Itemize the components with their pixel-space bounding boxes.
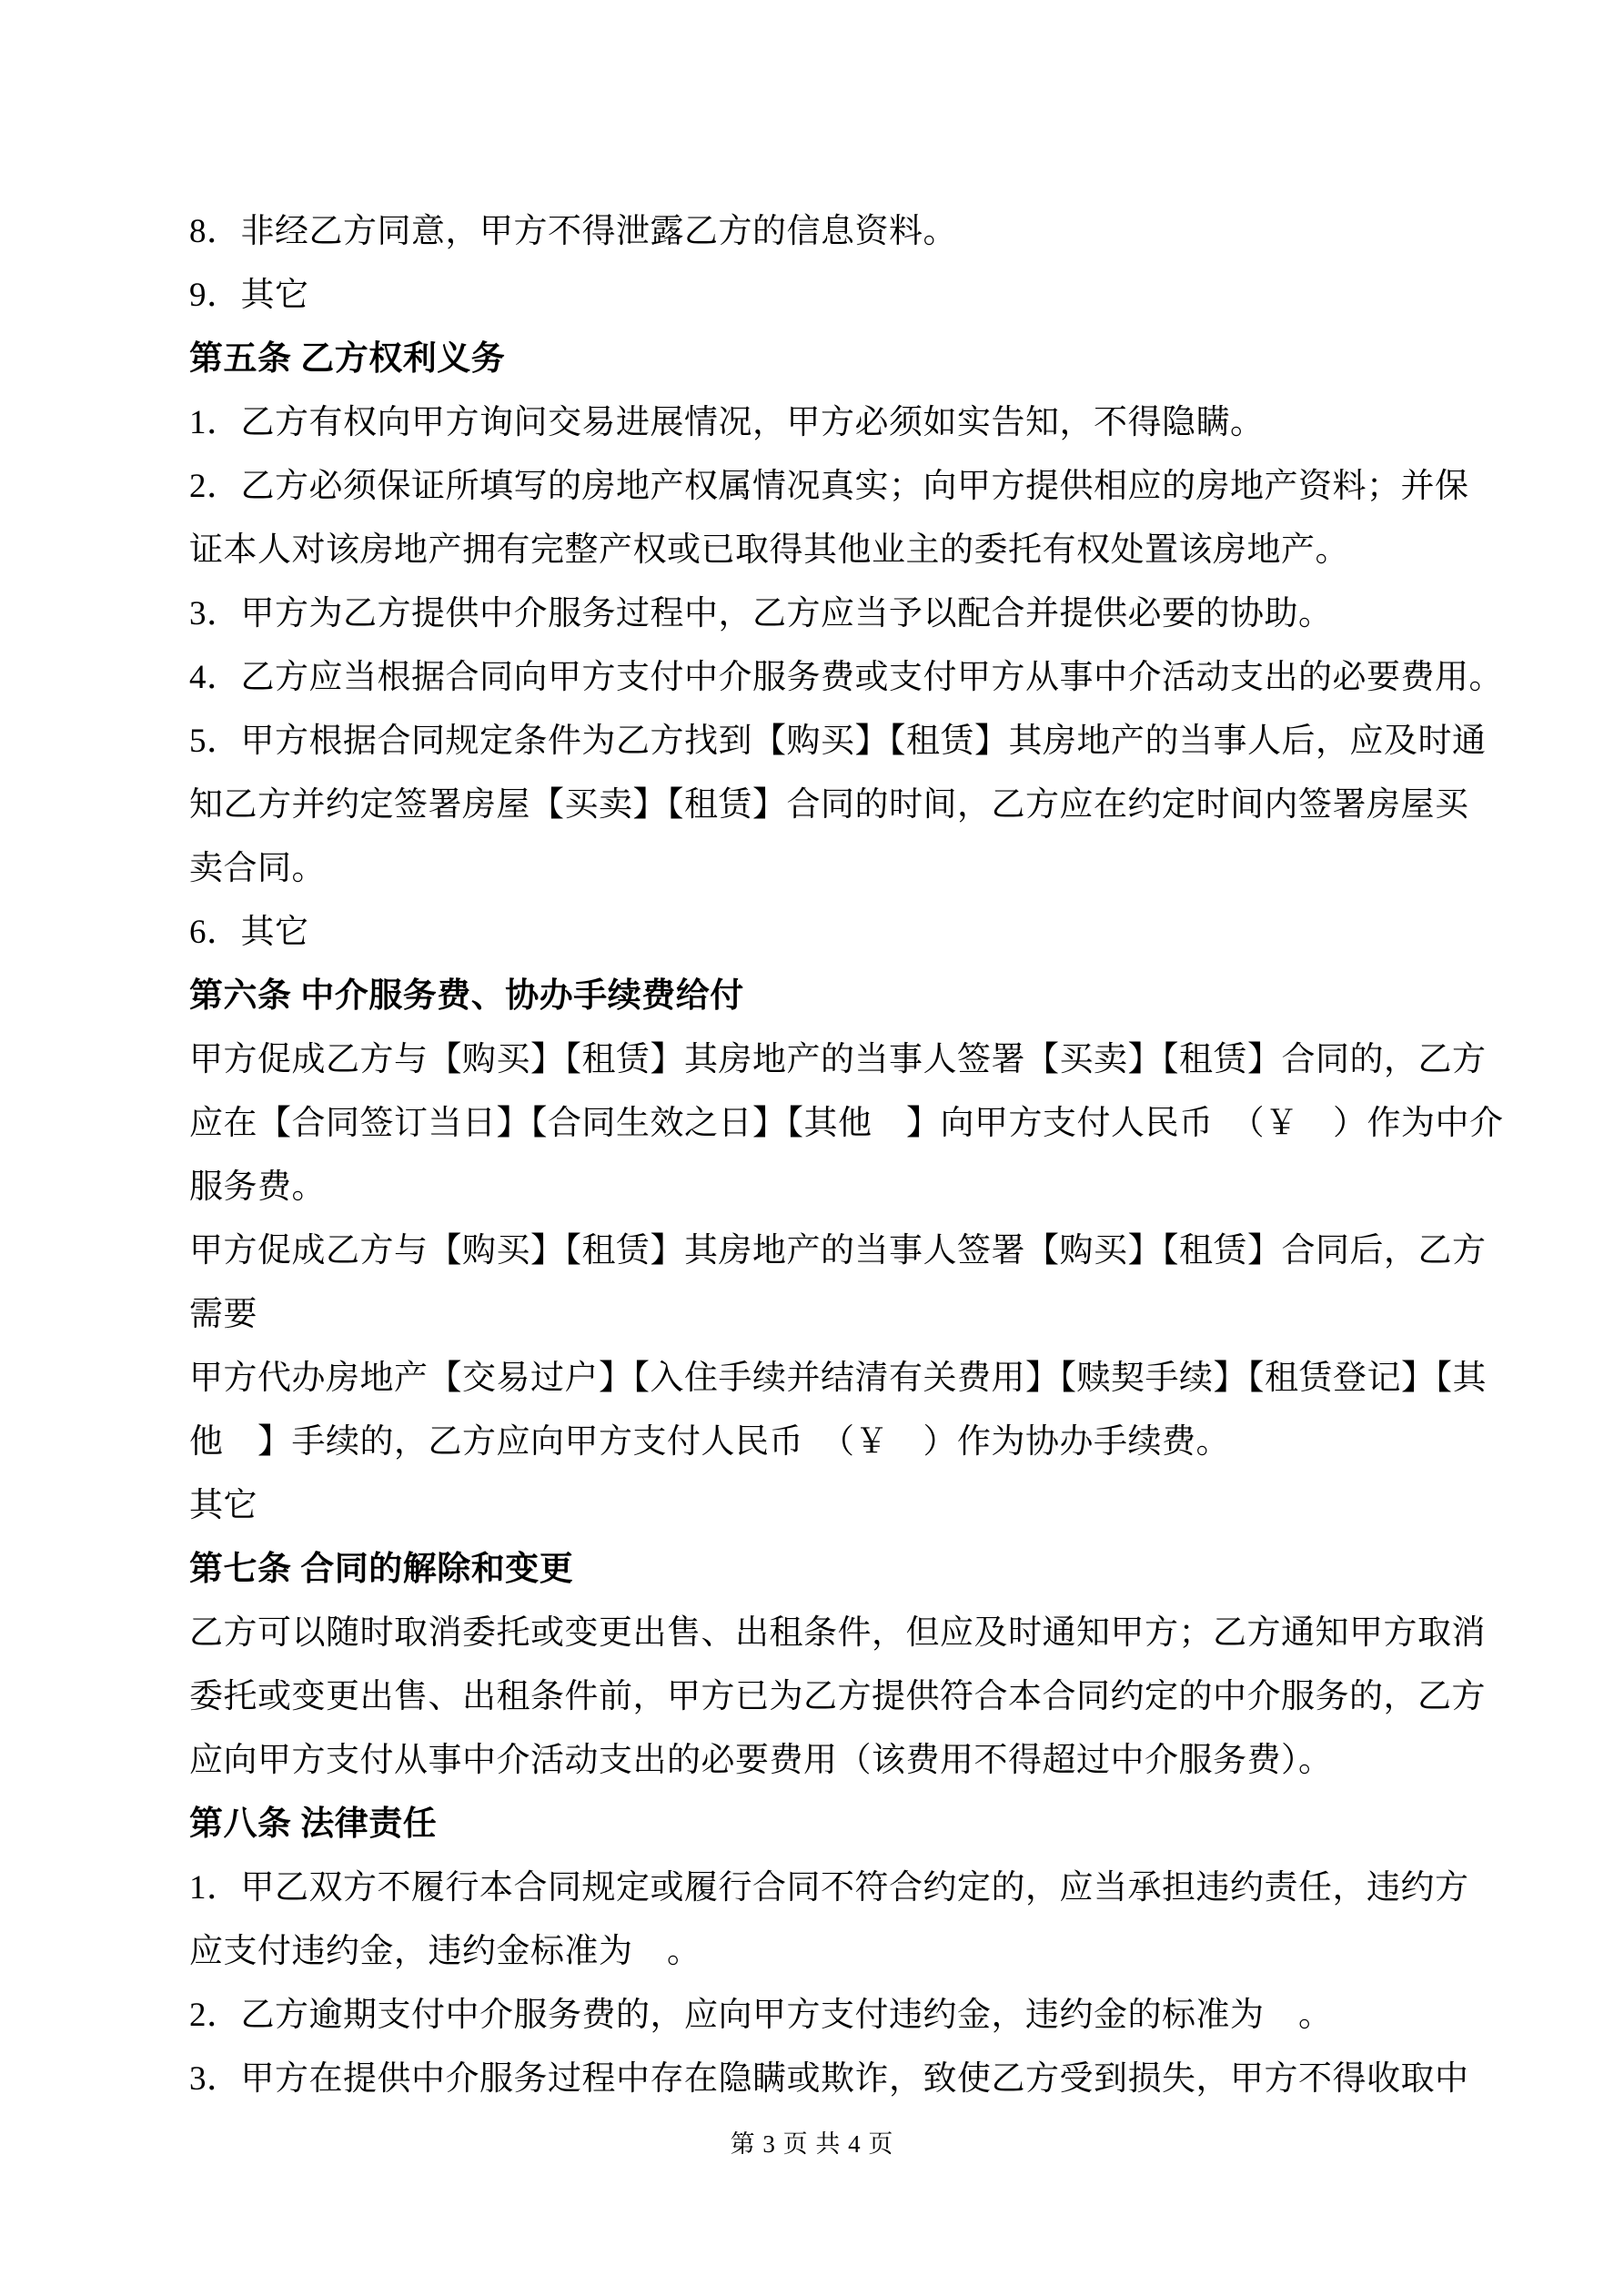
document-line: 其它 bbox=[189, 1470, 1508, 1533]
document-line: 知乙方并约定签署房屋【买卖】【租赁】合同的时间，乙方应在约定时间内签署房屋买 bbox=[189, 769, 1508, 833]
document-line: 4．乙方应当根据合同向甲方支付中介服务费或支付甲方从事中介活动支出的必要费用。 bbox=[189, 642, 1508, 705]
document-line: 第七条 合同的解除和变更 bbox=[189, 1533, 1508, 1597]
document-line: 证本人对该房地产拥有完整产权或已取得其他业主的委托有权处置该房地产。 bbox=[189, 514, 1508, 578]
document-line: 3．甲方在提供中介服务过程中存在隐瞒或欺诈，致使乙方受到损失，甲方不得收取中 bbox=[189, 2043, 1508, 2107]
document-line: 3．甲方为乙方提供中介服务过程中，乙方应当予以配合并提供必要的协助。 bbox=[189, 578, 1508, 642]
document-line: 甲方代办房地产【交易过户】【入住手续并结清有关费用】【赎契手续】【租赁登记】【其 bbox=[189, 1342, 1508, 1406]
document-line: 乙方可以随时取消委托或变更出售、出租条件，但应及时通知甲方；乙方通知甲方取消 bbox=[189, 1597, 1508, 1661]
document-line: 5．甲方根据合同规定条件为乙方找到【购买】【租赁】其房地产的当事人后，应及时通 bbox=[189, 705, 1508, 769]
document-line: 9．其它 bbox=[189, 259, 1508, 323]
document-line: 应向甲方支付从事中介活动支出的必要费用（该费用不得超过中介服务费）。 bbox=[189, 1725, 1508, 1788]
document-line: 2．乙方必须保证所填写的房地产权属情况真实；向甲方提供相应的房地产资料；并保 bbox=[189, 450, 1508, 514]
document-line: 甲方促成乙方与【购买】【租赁】其房地产的当事人签署【购买】【租赁】合同后，乙方 bbox=[189, 1215, 1508, 1279]
contract-page: 8．非经乙方同意，甲方不得泄露乙方的信息资料。 9．其它 第五条 乙方权利义务 … bbox=[0, 0, 1624, 2296]
document-line: 应支付违约金，违约金标准为 。 bbox=[189, 1916, 1508, 1979]
document-line: 6．其它 bbox=[189, 896, 1508, 960]
document-line: 他 】手续的，乙方应向甲方支付人民币 （￥ ）作为协办手续费。 bbox=[189, 1406, 1508, 1470]
document-line: 应在【合同签订当日】【合同生效之日】【其他 】向甲方支付人民币 （￥ ）作为中介 bbox=[189, 1087, 1508, 1151]
document-line: 第五条 乙方权利义务 bbox=[189, 323, 1508, 387]
document-line: 8．非经乙方同意，甲方不得泄露乙方的信息资料。 bbox=[189, 196, 1508, 259]
document-line: 服务费。 bbox=[189, 1151, 1508, 1215]
document-line: 需要 bbox=[189, 1279, 1508, 1342]
document-line: 第八条 法律责任 bbox=[189, 1788, 1508, 1852]
document-line: 第六条 中介服务费、协办手续费给付 bbox=[189, 960, 1508, 1024]
document-line: 委托或变更出售、出租条件前，甲方已为乙方提供符合本合同约定的中介服务的，乙方 bbox=[189, 1661, 1508, 1725]
document-line: 1．甲乙双方不履行本合同规定或履行合同不符合约定的，应当承担违约责任，违约方 bbox=[189, 1852, 1508, 1916]
document-line: 1．乙方有权向甲方询问交易进展情况，甲方必须如实告知，不得隐瞒。 bbox=[189, 387, 1508, 450]
document-line: 甲方促成乙方与【购买】【租赁】其房地产的当事人签署【买卖】【租赁】合同的，乙方 bbox=[189, 1024, 1508, 1087]
document-body: 8．非经乙方同意，甲方不得泄露乙方的信息资料。 9．其它 第五条 乙方权利义务 … bbox=[189, 196, 1508, 2107]
document-line: 2．乙方逾期支付中介服务费的，应向甲方支付违约金，违约金的标准为 。 bbox=[189, 1979, 1508, 2043]
document-line: 卖合同。 bbox=[189, 833, 1508, 896]
page-number: 第 3 页 共 4 页 bbox=[0, 2126, 1624, 2162]
